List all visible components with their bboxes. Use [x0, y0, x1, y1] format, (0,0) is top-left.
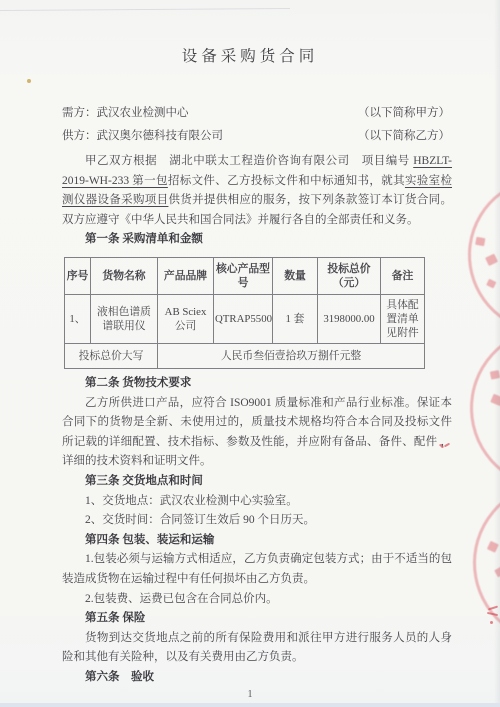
supplier-name: 供方：武汉奥尔德科技有限公司	[62, 125, 223, 148]
clause-1-heading: 第一条 采购清单和金额	[62, 230, 452, 250]
clause-2-heading: 第二条 货物技术要求	[62, 374, 452, 394]
clause-3-heading: 第三条 交货地点和时间	[62, 472, 452, 492]
cell-bid-total: 3198000.00	[318, 294, 381, 343]
cell-brand: AB Sciex 公司	[158, 294, 214, 343]
col-header-remarks: 备注	[381, 257, 425, 294]
red-ink-mark	[439, 443, 451, 452]
col-header-brand: 产品品牌	[158, 257, 214, 294]
page-number: 1	[0, 688, 500, 702]
supplier-line: 供方：武汉奥尔德科技有限公司 （以下简称乙方）	[62, 125, 450, 148]
cell-model: QTRAP5500	[214, 294, 273, 343]
table-row: 1、 液相色谱质谱联用仪 AB Sciex 公司 QTRAP5500 1 套 3…	[65, 294, 425, 343]
cell-quantity: 1 套	[273, 294, 318, 343]
bid-total-words-value: 人民币叁佰壹拾玖万捌仟元整	[158, 343, 425, 368]
clause-2-body: 乙方所供进口产品，应符合 ISO9001 质量标准和产品行业标准。保证本合同下的…	[62, 394, 452, 472]
bid-total-words-label: 投标总价大写	[65, 343, 158, 368]
col-header-quantity: 数量	[273, 257, 318, 294]
procurement-table: 序号 货物名称 产品品牌 核心产品型号 数量 投标总价（元） 备注 1、 液相色…	[64, 257, 425, 369]
plain-text: 甲乙双方根据 湖北中联太工程造价咨询有限公司 项目编号	[85, 155, 413, 167]
buyer-line: 需方：武汉农业检测中心 （以下简称甲方）	[62, 102, 450, 125]
col-header-seq: 序号	[65, 257, 91, 294]
col-header-goods-name: 货物名称	[91, 257, 158, 294]
col-header-bid-total: 投标总价（元）	[318, 257, 381, 294]
clause-5-heading: 第五条 保险	[62, 609, 452, 629]
clause-item: 1、交货地点：武汉农业检测中心实验室。	[62, 492, 452, 512]
clause-item: 2、交货时间：合同签订生效后 90 个日历天。	[62, 511, 452, 531]
cell-remarks: 具体配置清单见附件	[381, 294, 425, 343]
cell-goods-name: 液相色谱质谱联用仪	[91, 294, 158, 343]
parties-block: 需方：武汉农业检测中心 （以下简称甲方） 供方：武汉奥尔德科技有限公司 （以下简…	[62, 102, 450, 148]
buyer-name: 需方：武汉农业检测中心	[62, 102, 189, 125]
scanned-page: 设备采购货合同 需方：武汉农业检测中心 （以下简称甲方） 供方：武汉奥尔德科技有…	[0, 0, 500, 707]
contract-preamble: 甲乙双方根据 湖北中联太工程造价咨询有限公司 项目编号 HBZLT-2019-W…	[62, 152, 452, 230]
buyer-alias: （以下简称甲方）	[358, 102, 450, 125]
document-title: 设备采购货合同	[0, 44, 500, 66]
supplier-alias: （以下简称乙方）	[358, 125, 450, 148]
clause-6-heading: 第六条 验收	[62, 668, 452, 688]
seal-glyph-mark	[475, 237, 485, 246]
scan-edge-bottom	[0, 703, 500, 707]
paper-speck	[27, 79, 31, 83]
scan-artifact-top-line	[0, 8, 290, 11]
table-footer-row: 投标总价大写 人民币叁佰壹拾玖万捌仟元整	[65, 343, 425, 368]
clause-item: 1.包装必须与运输方式相适应，乙方负责确定包装方式；由于不适当的包装造成货物在运…	[62, 550, 452, 589]
red-seal-fragment-top	[451, 160, 500, 349]
plain-text: 招标文件、乙方投标文件和中标通知书，就其	[168, 175, 405, 187]
scan-edge-shade	[494, 0, 500, 707]
col-header-model: 核心产品型号	[214, 257, 273, 294]
clause-item: 2.包装费、运费已包含在合同总价内。	[62, 590, 452, 610]
table-header-row: 序号 货物名称 产品品牌 核心产品型号 数量 投标总价（元） 备注	[65, 257, 425, 294]
clause-4-items: 1.包装必须与运输方式相适应，乙方负责确定包装方式；由于不适当的包装造成货物在运…	[0, 550, 500, 609]
cell-seq: 1、	[65, 294, 91, 343]
clause-3-items: 1、交货地点：武汉农业检测中心实验室。2、交货时间：合同签订生效后 90 个日历…	[0, 492, 500, 531]
clause-5-body: 货物到达交货地点之前的所有保险费用和派往甲方进行服务人员的人身险和其他有关险种，…	[62, 629, 452, 668]
clause-4-heading: 第四条 包装、装运和运输	[62, 531, 452, 551]
